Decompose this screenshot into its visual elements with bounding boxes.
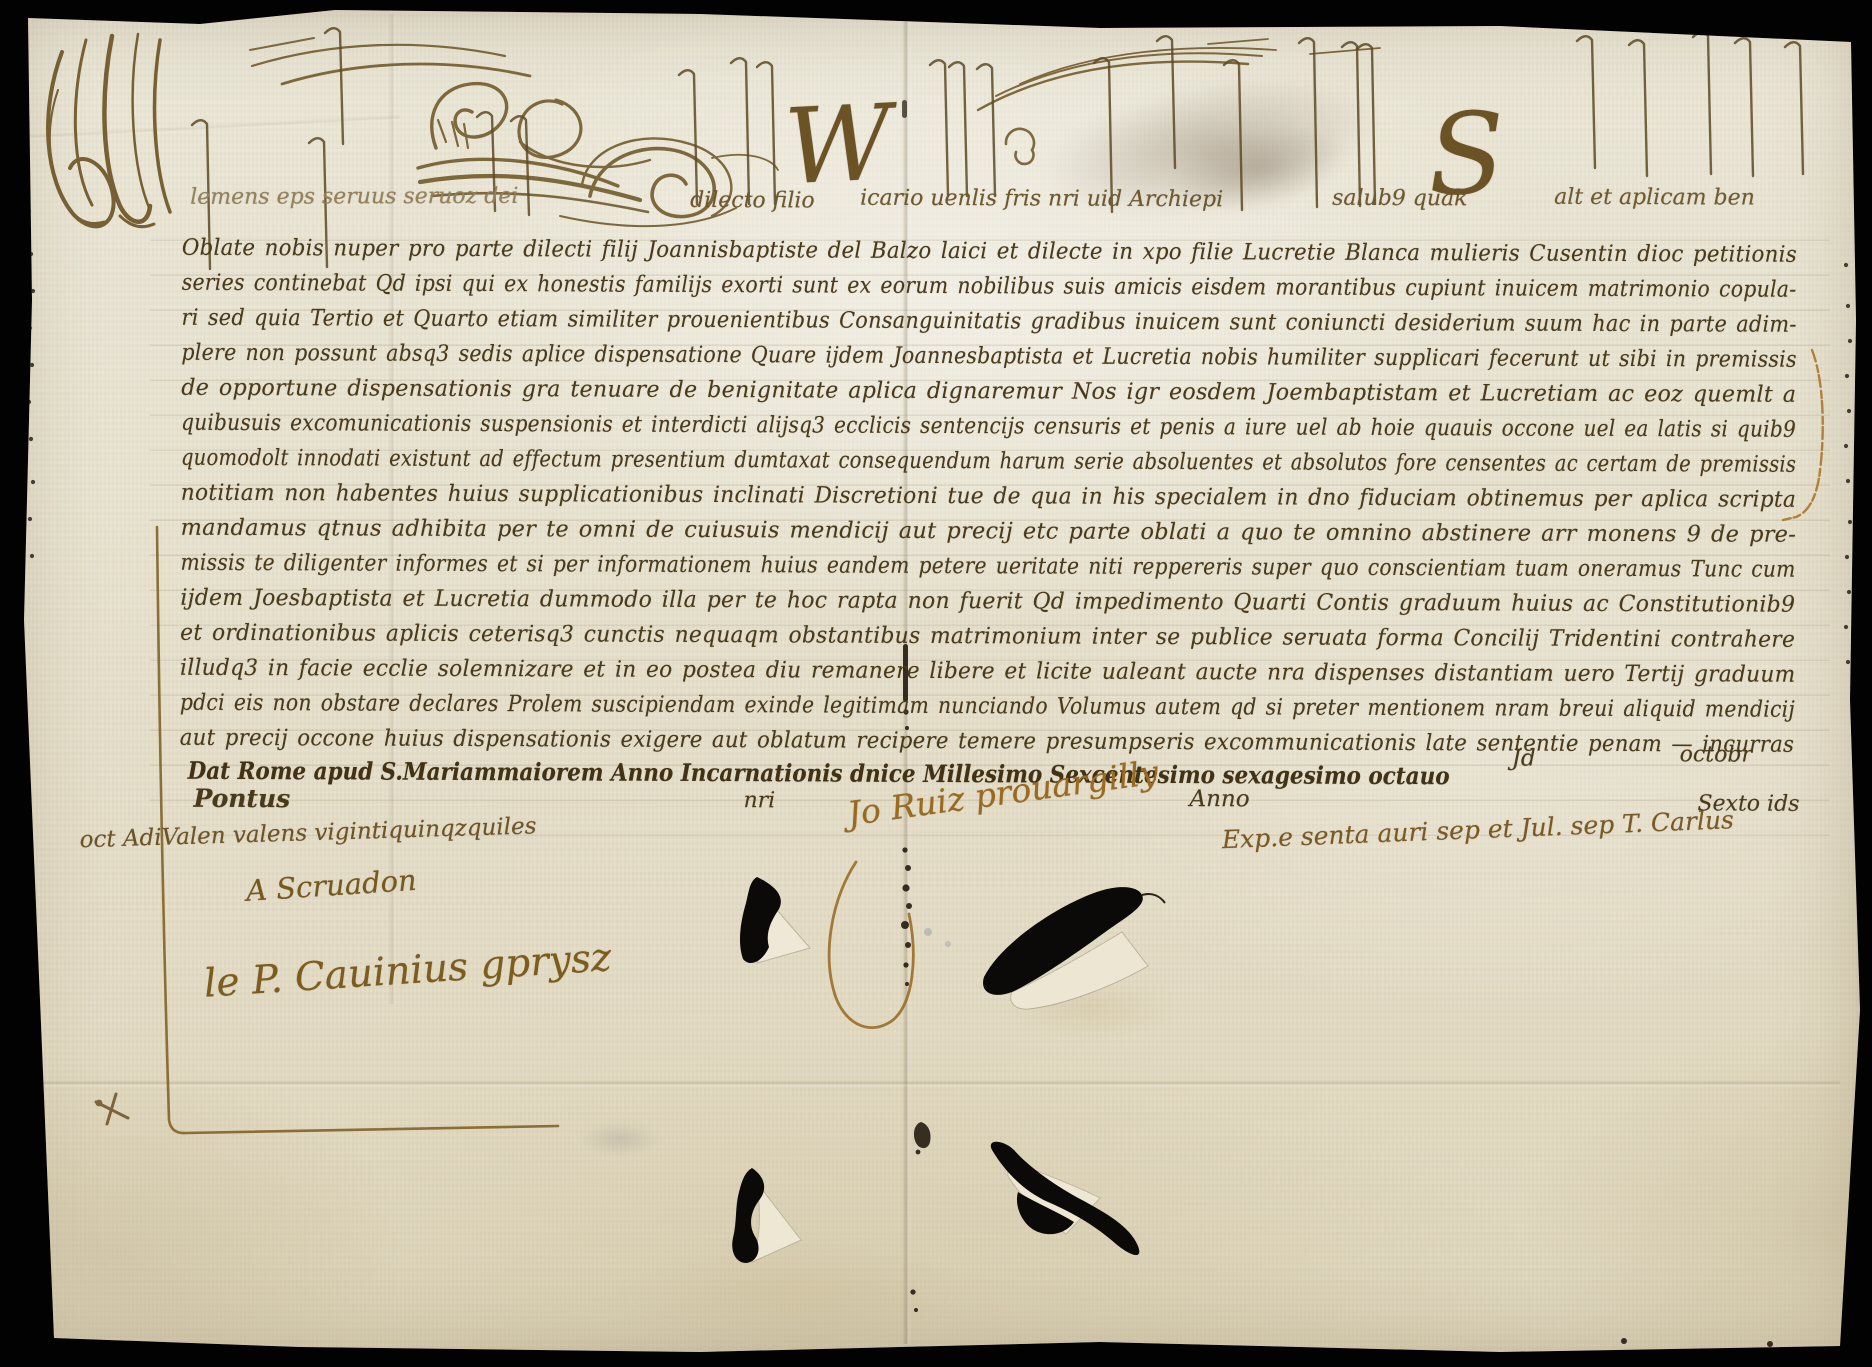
body-text-line: mandamus qtnus adhibita per te omni de c… (181, 517, 1797, 547)
opening-line-fragment: icario uenlis fris nri uid Archiepi (860, 188, 1223, 212)
date-line-fragment: Anno (1189, 788, 1249, 811)
signature: le P. Cauinius gprysz (203, 938, 613, 1004)
elongated-initial-letter: S (1427, 104, 1507, 207)
body-text-line: et ordinationibus aplicis ceterisq3 cunc… (180, 622, 1795, 652)
parchment: lemens eps seruus seruoz deidilecto fili… (0, 0, 1872, 1367)
manuscript-text-layer: lemens eps seruus seruoz deidilecto fili… (0, 0, 1872, 1367)
body-text-line: de opportune dispensationis gra tenuare … (181, 377, 1796, 407)
body-text-line: plere non possunt absq3 sedis aplice dis… (181, 342, 1796, 372)
opening-line-fragment: lemens eps seruus seruoz dei (190, 186, 518, 209)
body-text-line: missis te diligenter informes et si per … (180, 552, 1795, 582)
signature: A Scruadon (245, 866, 417, 906)
date-line: Dat Rome apud S.Mariammaiorem Anno Incar… (188, 759, 1450, 789)
date-line-fragment: octobr (1680, 744, 1752, 766)
body-text-line: aut precij occone huius dispensationis e… (180, 727, 1795, 757)
body-text-line: series continebat Qd ipsi qui ex honesti… (182, 272, 1797, 302)
body-text-line: ri sed quia Tertio et Quarto etiam simil… (182, 307, 1797, 337)
opening-line-fragment: alt et aplicam ben (1554, 187, 1755, 210)
date-line-fragment: Pontus (193, 786, 290, 811)
body-text-line: quibusuis excomunicationis suspensionis … (181, 412, 1796, 442)
photograph-backdrop: lemens eps seruus seruoz deidilecto fili… (0, 0, 1872, 1367)
date-line-fragment: Jd (1512, 748, 1536, 771)
elongated-initial-letter: W (783, 96, 894, 195)
body-text-line: quomodolt innodati existunt ad effectum … (181, 447, 1796, 477)
signature: oct AdiValen valens vigintiquinqzquiles (79, 815, 536, 852)
signature: Exp.e senta auri sep et Jul. sep T. Carl… (1221, 807, 1734, 852)
body-text-line: Oblate nobis nuper pro parte dilecti fil… (182, 237, 1797, 267)
body-text-line: illudq3 in facie ecclie solemnizare et i… (180, 657, 1796, 687)
pricking-hole (27, 209, 31, 213)
body-text-line: notitiam non habentes huius supplication… (181, 482, 1796, 512)
body-text-line: ijdem Joesbaptista et Lucretia dummodo i… (180, 587, 1795, 617)
date-line-fragment: nri (743, 790, 775, 812)
body-text-line: pdci eis non obstare declares Prolem sus… (180, 692, 1795, 722)
